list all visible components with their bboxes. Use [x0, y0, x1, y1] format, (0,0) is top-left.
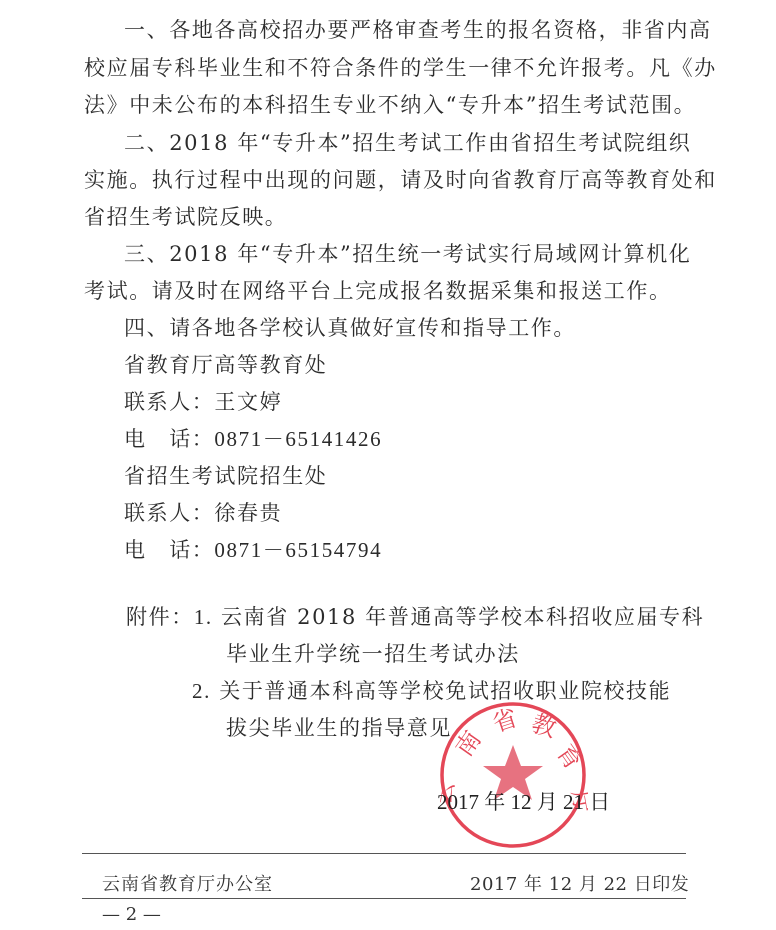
contact-phone-row: 电 话：0871－65141426: [124, 426, 382, 452]
attachment-number: 1.: [194, 605, 213, 629]
footer-bottom-rule: [82, 898, 686, 899]
footer-top-rule: [82, 853, 686, 854]
attachment-2-line-2: 拔尖毕业生的指导意见: [226, 715, 452, 741]
attachment-1-line-2: 毕业生升学统一招生考试办法: [226, 641, 520, 667]
attachment-2-row: 2. 关于普通本科高等学校免试招收职业院校技能: [192, 678, 671, 704]
contact-name: 徐春贵: [214, 501, 282, 525]
contact-label: 联系人：: [124, 390, 214, 414]
page-number: — 2 —: [102, 904, 161, 925]
paragraph-2-line-2: 实施。执行过程中出现的问题，请及时向省教育厅高等教育处和: [84, 167, 717, 193]
attachment-title: 云南省 2018 年普通高等学校本科招收应届专科: [221, 605, 704, 629]
paragraph-4-line-1: 四、请各地各学校认真做好宣传和指导工作。: [124, 315, 576, 341]
paragraph-2-line-1: 二、2018 年“专升本”招生考试工作由省招生考试院组织: [124, 130, 691, 156]
paragraph-3-line-2: 考试。请及时在网络平台上完成报名数据采集和报送工作。: [84, 278, 672, 304]
contact-person-row: 联系人：徐春贵: [124, 500, 282, 526]
contact-office: 省招生考试院招生处: [124, 463, 327, 489]
contact-phone-row: 电 话：0871－65154794: [124, 537, 382, 563]
paragraph-3-line-1: 三、2018 年“专升本”招生统一考试实行局域网计算机化: [124, 241, 691, 267]
phone-number: 0871－65154794: [214, 538, 382, 562]
contact-person-row: 联系人：王文婷: [124, 389, 282, 415]
issuer: 云南省教育厅办公室: [102, 870, 273, 896]
phone-label: 电 话：: [124, 427, 214, 451]
attachment-1-row: 附件：1. 云南省 2018 年普通高等学校本科招收应届专科: [126, 604, 704, 630]
paragraph-1-line-3: 法》中未公布的本科招生专业不纳入“专升本”招生考试范围。: [84, 92, 696, 118]
contact-label: 联系人：: [124, 501, 214, 525]
paragraph-2-line-3: 省招生考试院反映。: [84, 204, 287, 230]
svg-text:省: 省: [489, 704, 520, 738]
svg-text:教: 教: [528, 709, 559, 743]
phone-label: 电 话：: [124, 538, 214, 562]
print-date: 2017 年 12 月 22 日印发: [470, 870, 689, 896]
official-seal-icon: 南 省 教 育 云 厅: [438, 700, 588, 850]
phone-number: 0871－65141426: [214, 427, 382, 451]
contact-office: 省教育厅高等教育处: [124, 352, 327, 378]
paragraph-1-line-2: 校应届专科毕业生和不符合条件的学生一律不允许报考。凡《办: [84, 55, 717, 81]
attachment-number: 2.: [192, 679, 211, 703]
contact-name: 王文婷: [214, 390, 282, 414]
paragraph-1-line-1: 一、各地各高校招办要严格审查考生的报名资格，非省内高: [124, 17, 712, 43]
attachments-label: 附件：: [126, 605, 194, 629]
signing-date: 2017 年 12 月 21 日: [437, 786, 610, 816]
